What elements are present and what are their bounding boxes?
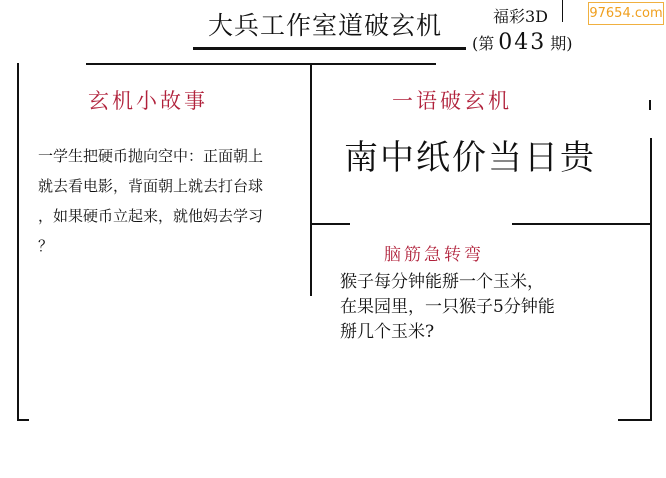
story-text: 一学生把硬币抛向空中：正面朝上 就去看电影，背面朝上就去打台球 ，如果硬币立起来…	[38, 141, 300, 261]
riddle-heading: 脑筋急转弯	[384, 240, 484, 265]
riddle-text: 猴子每分钟能掰一个玉米， 在果园里，一只猴子5分钟能 掰几个玉米?	[340, 270, 555, 345]
left-border	[17, 63, 19, 421]
issue-label: (第043期)	[472, 30, 573, 55]
riddle-line: 在果园里，一只猴子5分钟能	[340, 295, 555, 320]
story-line: 就去看电影，背面朝上就去打台球	[38, 171, 300, 201]
brand-badge[interactable]: 97654.com	[588, 2, 664, 25]
riddle-top-rule-right	[512, 223, 652, 225]
story-line: ？	[38, 231, 300, 261]
center-divider-top	[310, 63, 312, 183]
hint-phrase: 南中纸价当日贵	[344, 130, 596, 179]
page-title: 大兵工作室道破玄机	[208, 6, 442, 42]
story-heading: 玄机小故事	[88, 85, 208, 115]
title-underline	[193, 47, 466, 50]
left-bottom-corner	[17, 419, 29, 421]
issue-suffix: 期)	[550, 34, 572, 53]
story-line: 一学生把硬币抛向空中：正面朝上	[38, 141, 300, 171]
header-divider	[562, 0, 563, 22]
hint-heading: 一语破玄机	[392, 85, 512, 115]
issue-number: 043	[498, 30, 546, 55]
issue-prefix: (第	[472, 34, 494, 53]
riddle-line: 猴子每分钟能掰一个玉米，	[340, 270, 555, 295]
center-divider-bottom	[310, 183, 312, 296]
riddle-line: 掰几个玉米?	[340, 320, 555, 345]
lottery-name: 福彩3D	[493, 4, 548, 27]
right-bottom-corner	[618, 419, 652, 421]
right-border	[650, 138, 652, 421]
right-border-top	[649, 100, 651, 110]
top-rule	[86, 63, 436, 65]
riddle-top-rule-left	[310, 223, 350, 225]
story-line: ，如果硬币立起来，就他妈去学习	[38, 201, 300, 231]
